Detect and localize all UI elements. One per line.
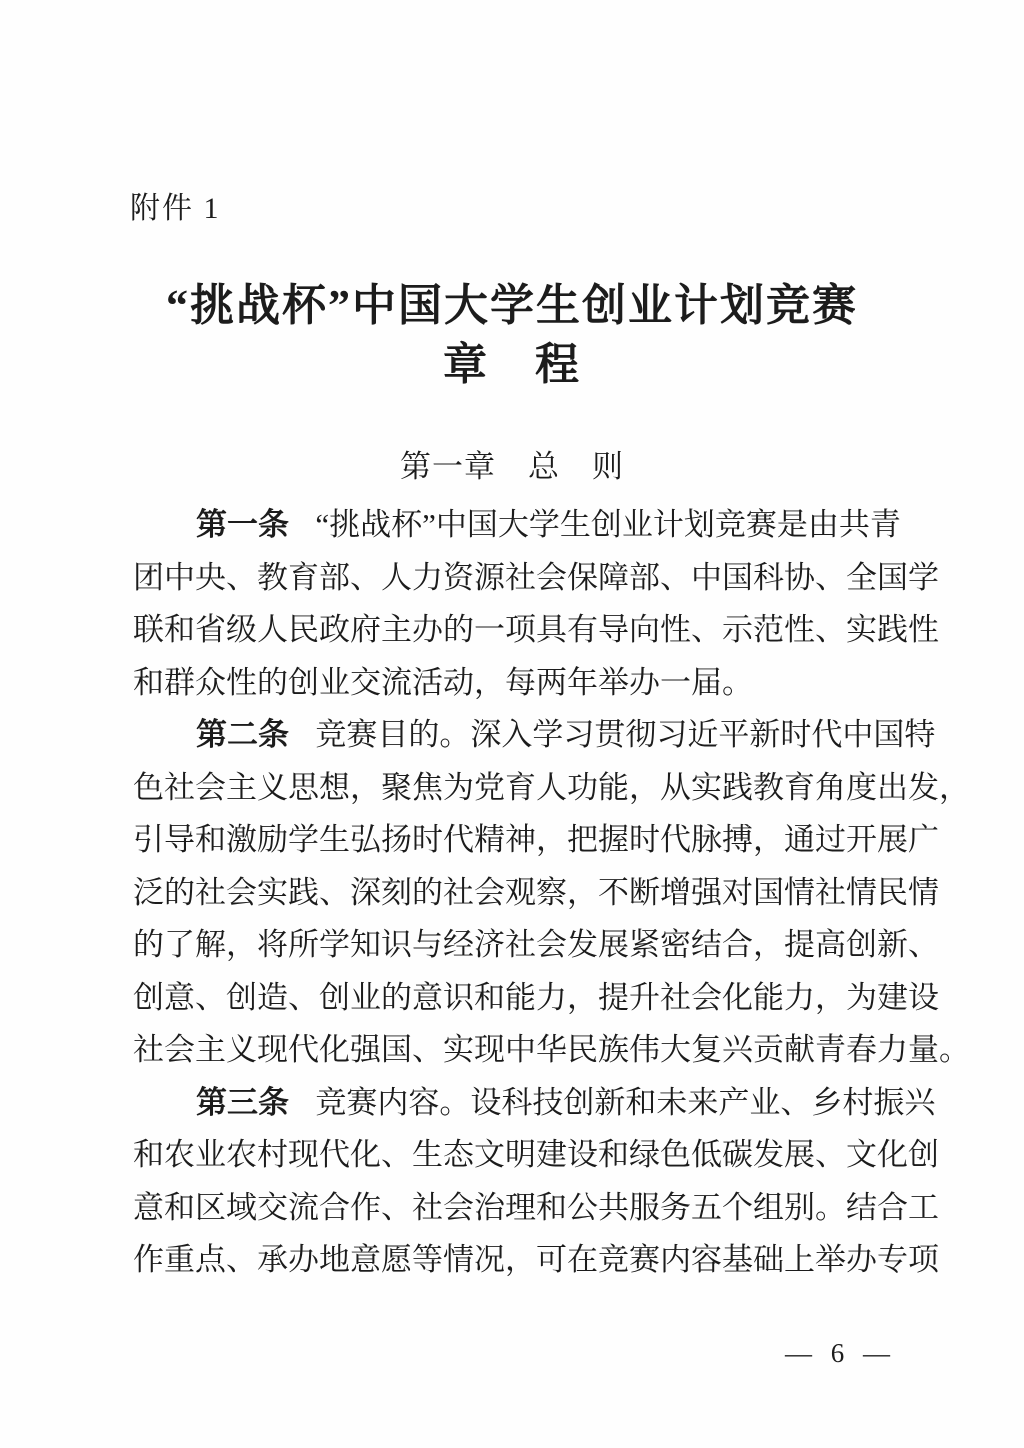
body-line-text: 联和省级人民政府主办的一项具有导向性、示范性、实践性: [133, 612, 939, 647]
body-line: 泛的社会实践、深刻的社会观察，不断增强对国情社情民情: [133, 867, 898, 920]
body-line-text: 的了解，将所学知识与经济社会发展紧密结合，提高创新、: [133, 927, 939, 962]
body-line-text: 社会主义现代化强国、实现中华民族伟大复兴贡献青春力量。: [133, 1032, 970, 1067]
body-line: 和农业农村现代化、生态文明建设和绿色低碳发展、文化创: [133, 1129, 898, 1182]
document-title-line2: 章 程: [0, 335, 1024, 394]
body-line-text: 色社会主义思想，聚焦为党育人功能，从实践教育角度出发，: [133, 770, 970, 805]
body-line: 的了解，将所学知识与经济社会发展紧密结合，提高创新、: [133, 919, 898, 972]
body-line-text: 意和区域交流合作、社会治理和公共服务五个组别。结合工: [133, 1190, 939, 1225]
body-line: 创意、创造、创业的意识和能力，提升社会化能力，为建设: [133, 972, 898, 1025]
body-text: 第一条“挑战杯”中国大学生创业计划竞赛是由共青 团中央、教育部、人力资源社会保障…: [133, 499, 898, 1287]
body-line: 引导和激励学生弘扬时代精神，把握时代脉搏，通过开展广: [133, 814, 898, 867]
document-page: 附件 1 “挑战杯”中国大学生创业计划竞赛 章 程 第一章 总 则 第一条“挑战…: [0, 0, 1024, 1448]
body-line: 色社会主义思想，聚焦为党育人功能，从实践教育角度出发，: [133, 762, 898, 815]
body-line-text: 创意、创造、创业的意识和能力，提升社会化能力，为建设: [133, 980, 939, 1015]
body-line: 意和区域交流合作、社会治理和公共服务五个组别。结合工: [133, 1182, 898, 1235]
body-line: 联和省级人民政府主办的一项具有导向性、示范性、实践性: [133, 604, 898, 657]
attachment-label: 附件 1: [130, 190, 221, 228]
body-line-text: 泛的社会实践、深刻的社会观察，不断增强对国情社情民情: [133, 875, 939, 910]
page-number: — 6 —: [785, 1336, 896, 1370]
body-line-text: 竞赛内容。设科技创新和未来产业、乡村振兴: [315, 1085, 935, 1120]
body-line-text: 和农业农村现代化、生态文明建设和绿色低碳发展、文化创: [133, 1137, 939, 1172]
body-line-text: 引导和激励学生弘扬时代精神，把握时代脉搏，通过开展广: [133, 822, 939, 857]
article-1-label: 第一条: [196, 507, 289, 542]
body-line-text: 作重点、承办地意愿等情况，可在竞赛内容基础上举办专项: [133, 1242, 939, 1277]
body-line: 团中央、教育部、人力资源社会保障部、中国科协、全国学: [133, 552, 898, 605]
body-line: 第二条竞赛目的。深入学习贯彻习近平新时代中国特: [133, 709, 898, 762]
body-line-text: 竞赛目的。深入学习贯彻习近平新时代中国特: [315, 717, 935, 752]
document-title: “挑战杯”中国大学生创业计划竞赛 章 程: [0, 276, 1024, 394]
body-line: 社会主义现代化强国、实现中华民族伟大复兴贡献青春力量。: [133, 1024, 898, 1077]
body-line-text: “挑战杯”中国大学生创业计划竞赛是由共青: [315, 507, 901, 542]
article-2-label: 第二条: [196, 717, 289, 752]
article-3-label: 第三条: [196, 1085, 289, 1120]
body-line: 作重点、承办地意愿等情况，可在竞赛内容基础上举办专项: [133, 1234, 898, 1287]
body-line: 和群众性的创业交流活动，每两年举办一届。: [133, 657, 898, 710]
body-line: 第三条竞赛内容。设科技创新和未来产业、乡村振兴: [133, 1077, 898, 1130]
body-line-text: 和群众性的创业交流活动，每两年举办一届。: [133, 665, 753, 700]
body-line-text: 团中央、教育部、人力资源社会保障部、中国科协、全国学: [133, 560, 939, 595]
chapter-heading: 第一章 总 则: [0, 447, 1024, 487]
body-line: 第一条“挑战杯”中国大学生创业计划竞赛是由共青: [133, 499, 898, 552]
document-title-line1: “挑战杯”中国大学生创业计划竞赛: [0, 276, 1024, 335]
